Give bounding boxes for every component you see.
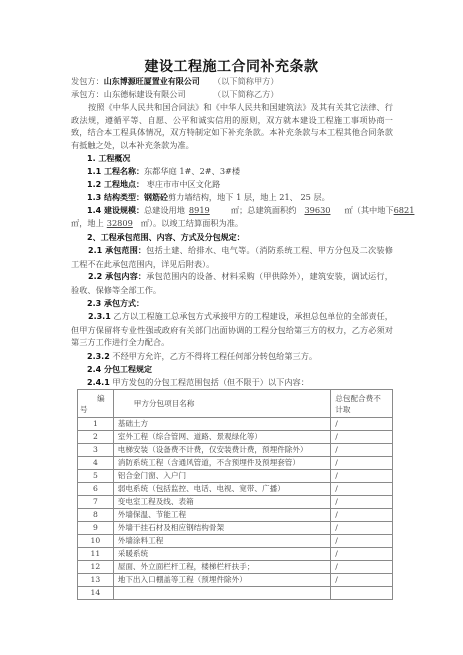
preamble-paragraph: 按照《中华人民共和国合同法》和《中华人民共和国建筑法》及其有关其它法律、行政法规…	[71, 101, 393, 151]
table-row: 5铝合金门窗、入户门/	[78, 470, 393, 483]
table-row: 8外墙保温、节能工程/	[78, 509, 393, 522]
clause-2-4-1: 2.4.1 甲方发包的分包工程范围包括（但不限于）以下内容：	[87, 376, 309, 389]
subcontract-heading: 2.4 分包工程规定	[87, 363, 152, 376]
structure-type-value: 剪力墙结构，地下 1 层，地上 21、 25 层。	[168, 192, 330, 202]
table-row: 6弱电系统（包括监控、电话、电视、宽带、广播）/	[78, 483, 393, 496]
table-row: 13地下出入口棚盖等工程（预埋件除外）/	[78, 574, 393, 587]
project-name-line: 1.1 工程名称：东都华庭 1#、2#、3#楼	[87, 165, 240, 178]
clause-2-3-2: 2.3.2 不经甲方允许，乙方不得将工程任何部分转包给第三方。	[87, 350, 317, 363]
employer-line: 发包方：山东博源旺厦置业有限公司 （以下简称甲方）	[71, 75, 200, 88]
contractor-name: 山东德标建设有限公司	[104, 89, 186, 99]
header-fee: 总包配合费不计取	[331, 390, 393, 418]
table-row: 7变电室工程及线、表箱/	[78, 496, 393, 509]
project-location-value: 枣庄市市中区文化路	[144, 179, 220, 189]
structure-type-label: 1.3 结构类型：	[87, 193, 144, 202]
table-row: 10外墙涂料工程/	[78, 535, 393, 548]
table-row: 3电梯安装（设备费不计费，仅安装费计费，预埋件除外）/	[78, 444, 393, 457]
project-location-line: 1.2 工程地点： 枣庄市市中区文化路	[87, 178, 220, 191]
clause-2-4-1-text: 甲方发包的分包工程范围包括（但不限于）以下内容：	[110, 377, 309, 387]
project-name-label: 1.1 工程名称：	[87, 167, 144, 176]
underground-area-value: 6821	[394, 204, 414, 216]
section2-heading: 2、工程承包范围、内容、方式及分包规定：	[87, 231, 245, 244]
clause-2-3-1-label: 2.3.1	[88, 312, 111, 321]
clause-2-3-1: 2.3.1 乙方以工程施工总承包方式承接甲方的工程建设，承担总包单位的全部责任，…	[71, 310, 393, 349]
table-row: 9外墙干挂石材及相应钢结构骨架/	[78, 522, 393, 535]
clause-2-3-2-label: 2.3.2	[87, 352, 110, 361]
table-row: 2室外工程（综合管网、道路、景观绿化等）/	[78, 431, 393, 444]
document-title: 建设工程施工合同补充条款	[0, 56, 463, 76]
content-label: 2.2 承包内容：	[88, 272, 146, 281]
aboveground-area-value: 32809	[104, 217, 141, 229]
land-area-value: 8919	[185, 204, 231, 216]
table-row: 14	[78, 587, 393, 600]
clause-2-3-2-text: 不经甲方允许，乙方不得将工程任何部分转包给第三方。	[110, 351, 317, 361]
subcontract-table: 编 号 甲方分包项目名称 总包配合费不计取 1基础土方/ 2室外工程（综合管网、…	[77, 389, 393, 600]
content-paragraph: 2.2 承包内容：承包范围内的设备、材料采购（甲供除外），建筑安装，调试运行，验…	[71, 270, 393, 296]
project-name-value: 东都华庭 1#、2#、3#楼	[144, 166, 240, 176]
contract-method-heading: 2.3 承包方式：	[87, 297, 144, 310]
table-row: 11采暖系统/	[78, 548, 393, 561]
document-page: 建设工程施工合同补充条款 发包方：山东博源旺厦置业有限公司 （以下简称甲方） 承…	[0, 0, 463, 655]
construction-scale-line-2: ㎡，地上32809㎡）。以竣工结算面积为准。	[71, 217, 243, 229]
structure-type-bold: 钢筋砼	[144, 193, 168, 202]
scope-paragraph: 2.1 承包范围：包括土建、给排水、电气等。（消防系统工程、甲方分包及二次装修工…	[71, 244, 393, 270]
construction-scale-line: 1.4 建设规模：总建设用地8919㎡；总建筑面积约39630㎡（其中地下682…	[87, 204, 414, 217]
contractor-note: （以下简称乙方）	[213, 88, 279, 100]
employer-label: 发包方：	[71, 76, 104, 86]
clause-2-4-1-label: 2.4.1	[87, 378, 110, 387]
employer-note: （以下简称甲方）	[213, 75, 279, 87]
table-row: 12屋面、外立面栏杆工程，楼梯栏杆扶手；/	[78, 561, 393, 574]
clause-2-3-1-text: 乙方以工程施工总承包方式承接甲方的工程建设，承担总包单位的全部责任，但甲方保留将…	[71, 311, 393, 347]
table-row: 4消防系统工程（含通风管道，不含预埋件及预埋套管）/	[78, 457, 393, 470]
contractor-line: 承包方：山东德标建设有限公司 （以下简称乙方）	[71, 88, 186, 100]
header-number: 编 号	[78, 390, 114, 418]
header-item-name: 甲方分包项目名称	[113, 390, 331, 418]
structure-type-line: 1.3 结构类型：钢筋砼剪力墙结构，地下 1 层，地上 21、 25 层。	[87, 191, 330, 204]
project-location-label: 1.2 工程地点：	[87, 180, 144, 189]
employer-name: 山东博源旺厦置业有限公司	[104, 77, 200, 86]
table-header-row: 编 号 甲方分包项目名称 总包配合费不计取	[78, 390, 393, 418]
construction-scale-label: 1.4 建设规模：	[87, 206, 144, 215]
section1-heading: 1. 工程概况	[87, 152, 130, 165]
scope-label: 2.1 承包范围：	[88, 246, 146, 255]
contractor-label: 承包方：	[71, 89, 104, 99]
building-area-value: 39630	[296, 204, 344, 216]
table-row: 1基础土方/	[78, 418, 393, 431]
